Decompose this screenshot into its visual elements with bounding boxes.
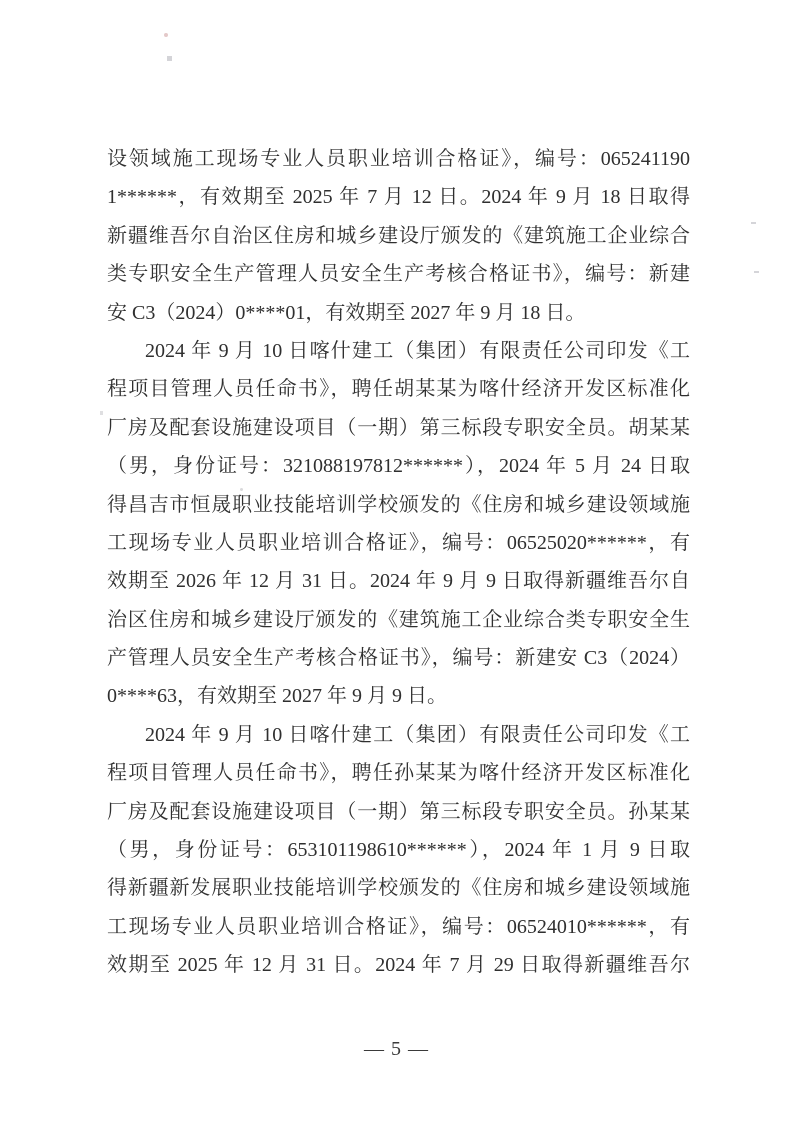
text-line: （男，身份证号：321088197812******），2024 年 5 月 2… <box>107 447 690 485</box>
page-number: — 5 — <box>0 1038 793 1061</box>
text-line: 效期至 2026 年 12 月 31 日。2024 年 9 月 9 日取得新疆维… <box>107 562 690 600</box>
text-line: 工现场专业人员职业培训合格证》，编号：06524010******，有 <box>107 908 690 946</box>
text-line: 程项目管理人员任命书》，聘任胡某某为喀什经济开发区标准化 <box>107 370 690 408</box>
text-line: 厂房及配套设施建设项目（一期）第三标段专职安全员。孙某某 <box>107 793 690 831</box>
text-line: 2024 年 9 月 10 日喀什建工（集团）有限责任公司印发《工 <box>107 332 690 370</box>
text-line: 治区住房和城乡建设厅颁发的《建筑施工企业综合类专职安全生 <box>107 601 690 639</box>
text-line: 新疆维吾尔自治区住房和城乡建设厅颁发的《建筑施工企业综合 <box>107 217 690 255</box>
text-line: 效期至 2025 年 12 月 31 日。2024 年 7 月 29 日取得新疆… <box>107 946 690 984</box>
text-line: 0****63，有效期至 2027 年 9 月 9 日。 <box>107 677 690 715</box>
scan-speck <box>751 222 756 224</box>
text-line: 得新疆新发展职业技能培训学校颁发的《住房和城乡建设领域施 <box>107 869 690 907</box>
text-line: 2024 年 9 月 10 日喀什建工（集团）有限责任公司印发《工 <box>107 716 690 754</box>
scan-speck <box>754 271 759 273</box>
text-line: 程项目管理人员任命书》，聘任孙某某为喀什经济开发区标准化 <box>107 754 690 792</box>
scan-speck <box>164 33 168 37</box>
text-line: 厂房及配套设施建设项目（一期）第三标段专职安全员。胡某某 <box>107 409 690 447</box>
scan-speck <box>167 56 172 61</box>
text-line: 1******，有效期至 2025 年 7 月 12 日。2024 年 9 月 … <box>107 178 690 216</box>
text-line: 设领域施工现场专业人员职业培训合格证》，编号：065241190 <box>107 140 690 178</box>
text-block: 设领域施工现场专业人员职业培训合格证》，编号：0652411901******，… <box>107 140 690 985</box>
text-line: 安 C3（2024）0****01，有效期至 2027 年 9 月 18 日。 <box>107 294 690 332</box>
scan-speck <box>100 411 103 415</box>
text-line: （男，身份证号：653101198610******），2024 年 1 月 9… <box>107 831 690 869</box>
text-line: 类专职安全生产管理人员安全生产考核合格证书》，编号：新建 <box>107 255 690 293</box>
text-line: 工现场专业人员职业培训合格证》，编号：06525020******，有 <box>107 524 690 562</box>
document-page: 设领域施工现场专业人员职业培训合格证》，编号：0652411901******，… <box>0 0 793 1122</box>
text-line: 得昌吉市恒晟职业技能培训学校颁发的《住房和城乡建设领域施 <box>107 486 690 524</box>
text-line: 产管理人员安全生产考核合格证书》，编号：新建安 C3（2024） <box>107 639 690 677</box>
